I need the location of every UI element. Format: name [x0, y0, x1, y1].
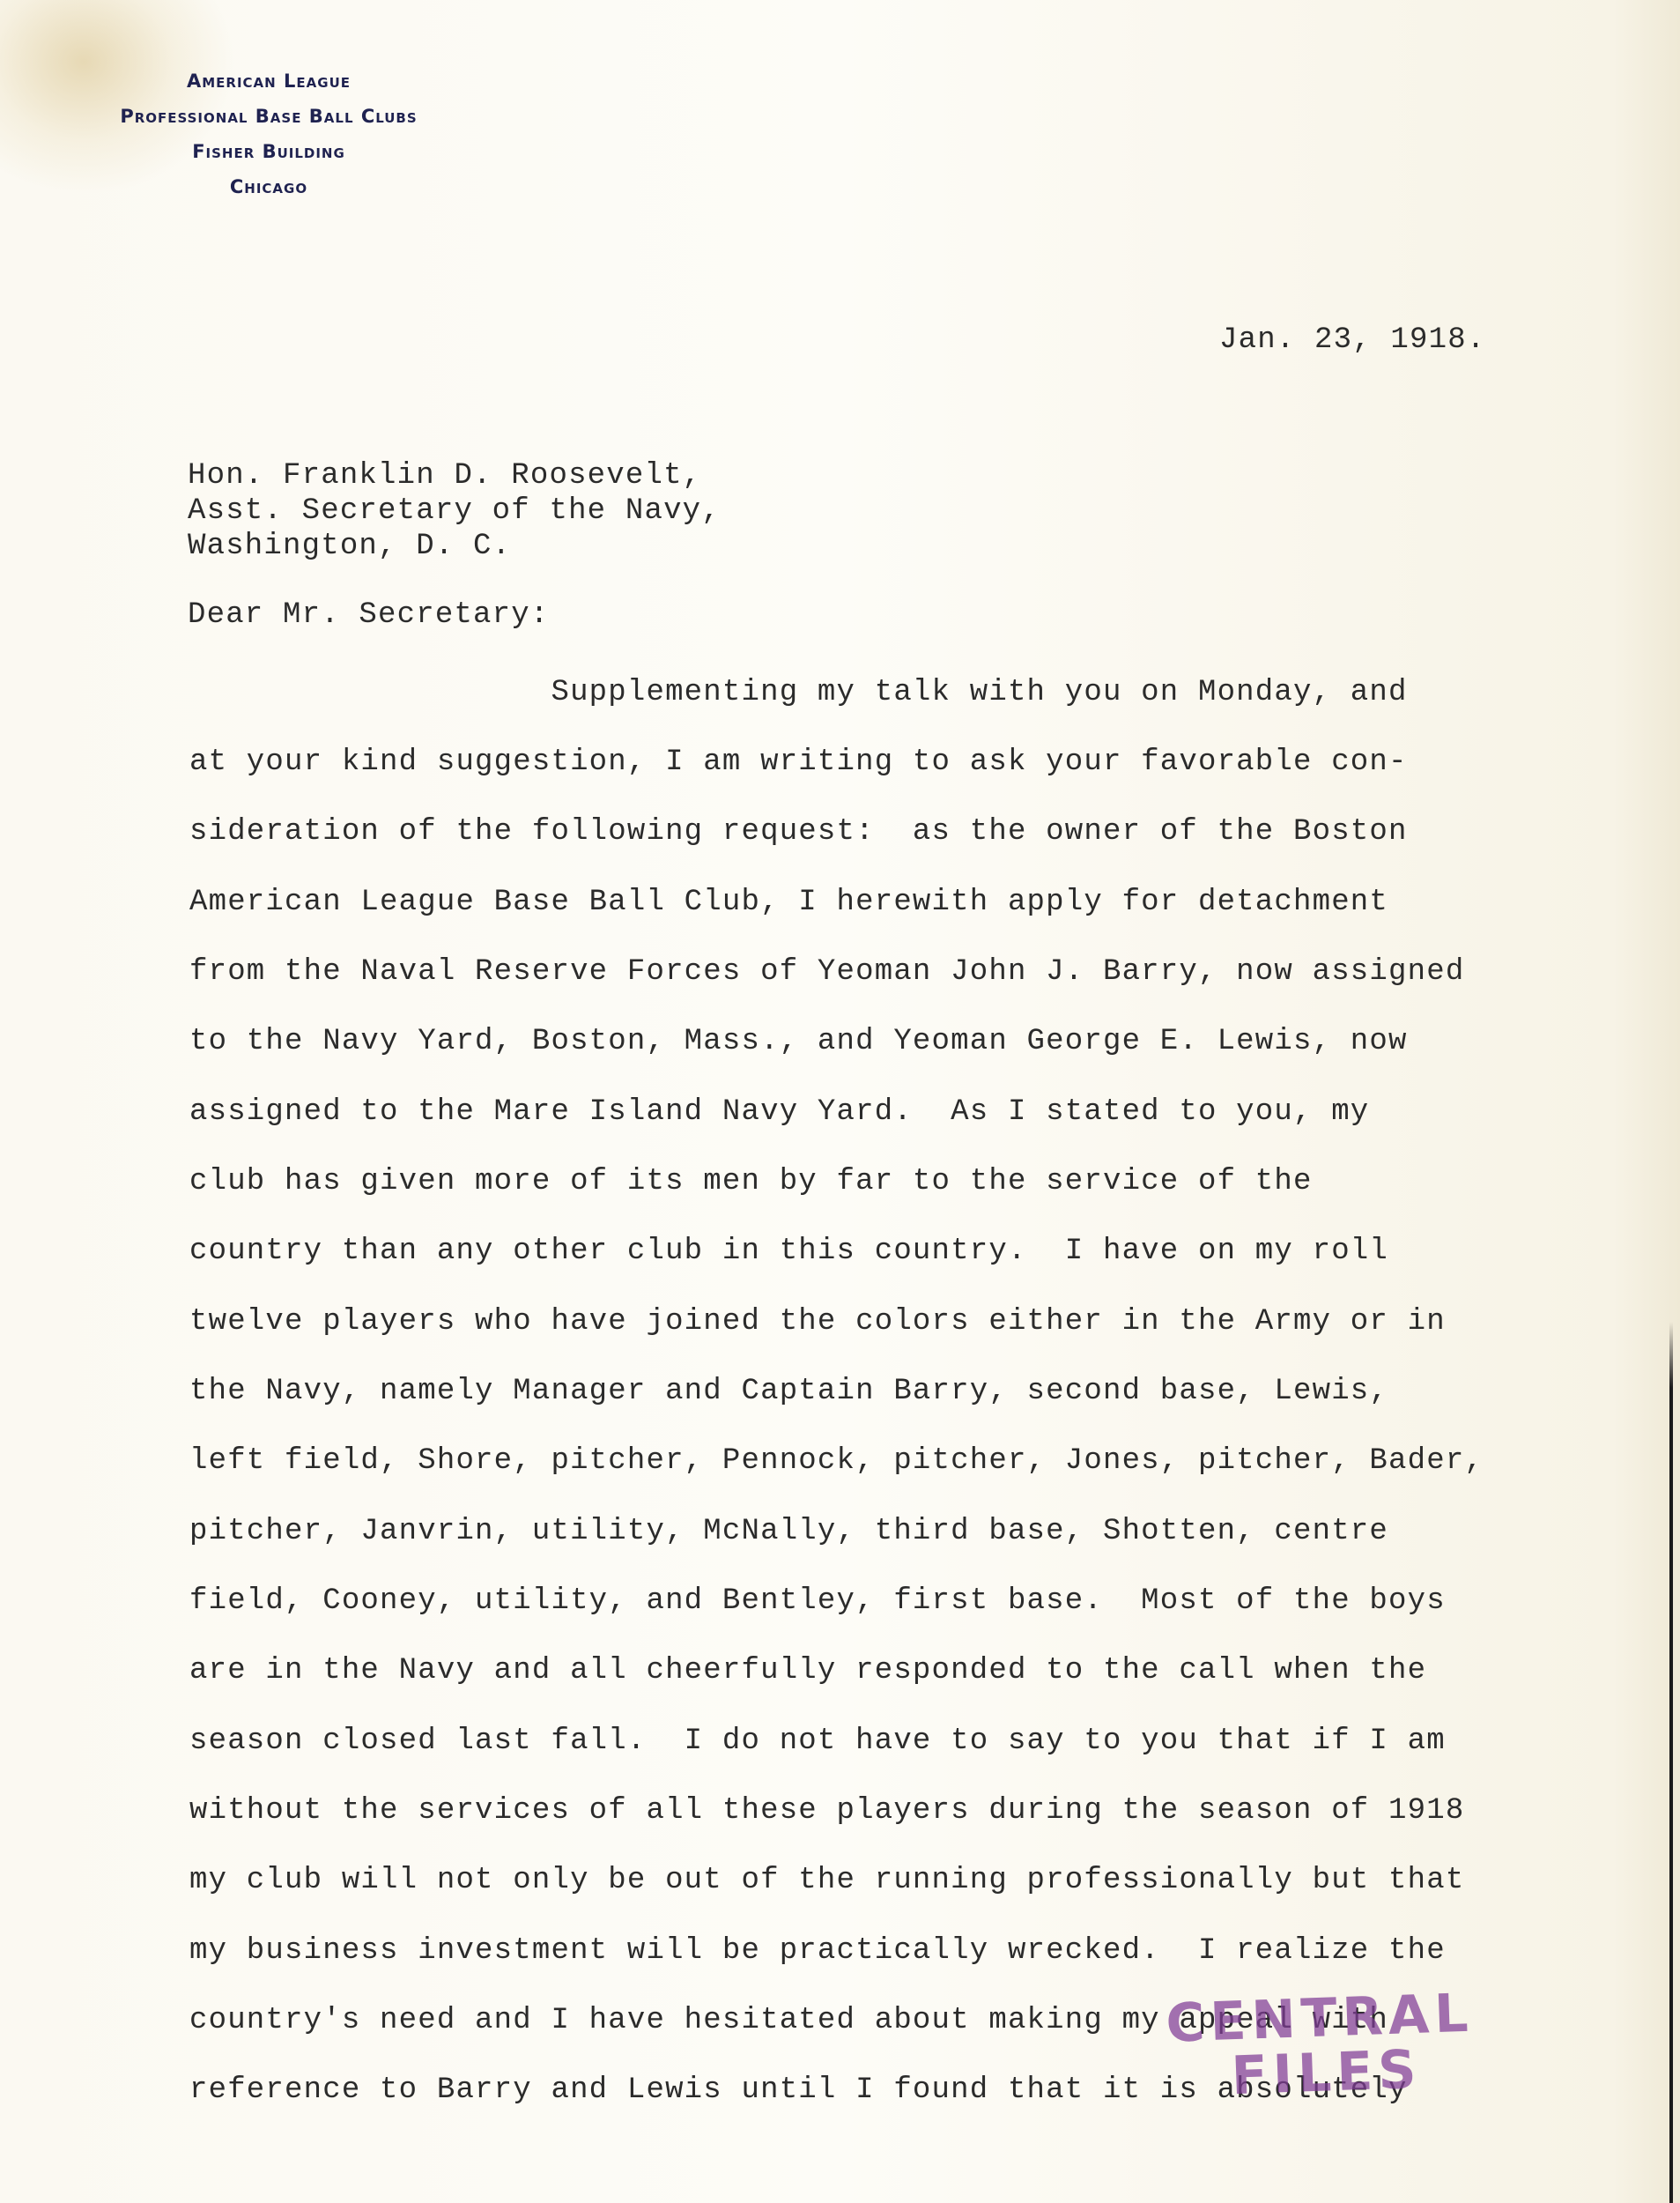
- letterhead-subtitle: Professional Base Ball Clubs: [62, 99, 476, 134]
- body-line: field, Cooney, utility, and Bentley, fir…: [189, 1584, 1446, 1619]
- body-line: twelve players who have joined the color…: [189, 1304, 1446, 1339]
- body-line: pitcher, Janvrin, utility, McNally, thir…: [189, 1514, 1388, 1549]
- recipient-address: Washington, D. C.: [188, 529, 511, 564]
- body-line: sideration of the following request: as …: [189, 814, 1408, 849]
- letterhead-org: American League: [62, 63, 476, 99]
- central-files-stamp: CENTRAL FILES: [1165, 1986, 1460, 2128]
- body-line: American League Base Ball Club, I herewi…: [189, 885, 1388, 920]
- body-line: Supplementing my talk with you on Monday…: [189, 675, 1408, 710]
- body-line: my club will not only be out of the runn…: [189, 1863, 1464, 1898]
- body-line: assigned to the Mare Island Navy Yard. A…: [189, 1094, 1369, 1130]
- letterhead-city: Chicago: [62, 169, 476, 204]
- recipient-name: Hon. Franklin D. Roosevelt,: [188, 458, 701, 493]
- body-line: left field, Shore, pitcher, Pennock, pit…: [189, 1443, 1484, 1479]
- body-line: at your kind suggestion, I am writing to…: [189, 745, 1408, 780]
- body-line: club has given more of its men by far to…: [189, 1164, 1313, 1199]
- letterhead: American League Professional Base Ball C…: [62, 63, 476, 204]
- body-line: my business investment will be practical…: [189, 1933, 1446, 1969]
- body-line: the Navy, namely Manager and Captain Bar…: [189, 1374, 1388, 1409]
- body-line: country than any other club in this coun…: [189, 1234, 1388, 1269]
- body-line: season closed last fall. I do not have t…: [189, 1724, 1446, 1759]
- salutation: Dear Mr. Secretary:: [188, 597, 549, 633]
- page-edge: [1669, 0, 1673, 2203]
- body-line: to the Navy Yard, Boston, Mass., and Yeo…: [189, 1024, 1408, 1059]
- letter-date: Jan. 23, 1918.: [1219, 323, 1485, 358]
- body-line: without the services of all these player…: [189, 1793, 1464, 1828]
- body-line: from the Naval Reserve Forces of Yeoman …: [189, 954, 1464, 990]
- letterhead-building: Fisher Building: [62, 134, 476, 169]
- recipient-title: Asst. Secretary of the Navy,: [188, 493, 721, 529]
- body-line: are in the Navy and all cheerfully respo…: [189, 1653, 1426, 1688]
